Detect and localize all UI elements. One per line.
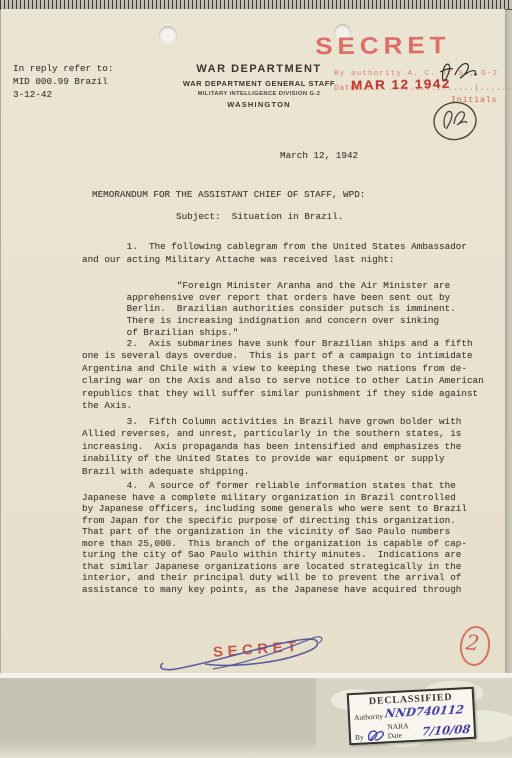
pencil-initials-circle (430, 98, 482, 144)
declassified-authority-label: Authority (354, 711, 384, 722)
declassified-stamp: DECLASSIFIED Authority NND740112 By NARA… (347, 687, 477, 746)
declassified-nara-label: NARA Date (387, 720, 420, 740)
paragraph-2: 2. Axis submarines have sunk four Brazil… (82, 338, 484, 413)
punch-hole-left (159, 26, 177, 45)
paragraph-1: 1. The following cablegram from the Unit… (82, 241, 467, 266)
memo-page: In reply refer to: MID 000.99 Brazil 3-1… (1, 9, 505, 673)
document-scan: In reply refer to: MID 000.99 Brazil 3-1… (0, 0, 512, 758)
paragraph-3: 3. Fifth Column activities in Brazil hav… (82, 416, 461, 478)
secret-stamp-top: SECRET (315, 32, 451, 60)
declassified-reviewer-signature (365, 727, 386, 743)
handwritten-initials-ink (439, 57, 487, 87)
declassified-by-label: By (355, 732, 364, 741)
cablegram-quote: "Foreign Minister Aranha and the Air Min… (82, 280, 456, 339)
memo-addressee-line: MEMORANDUM FOR THE ASSISTANT CHIEF OF ST… (92, 189, 365, 200)
cancellation-scribble-ink (153, 622, 333, 678)
declassified-date-value: 7/10/08 (421, 724, 471, 738)
page-number-mark: 2 (465, 630, 481, 655)
received-date-stamp: MAR 12 1942 (351, 77, 451, 93)
subject-line: Subject: Situation in Brazil. (176, 211, 343, 222)
memo-date: March 12, 1942 (280, 150, 358, 161)
reply-reference: In reply refer to: MID 000.99 Brazil 3-1… (13, 62, 113, 101)
letterhead-washington: WASHINGTON (109, 100, 409, 109)
paragraph-4: 4. A source of former reliable informati… (82, 480, 467, 595)
